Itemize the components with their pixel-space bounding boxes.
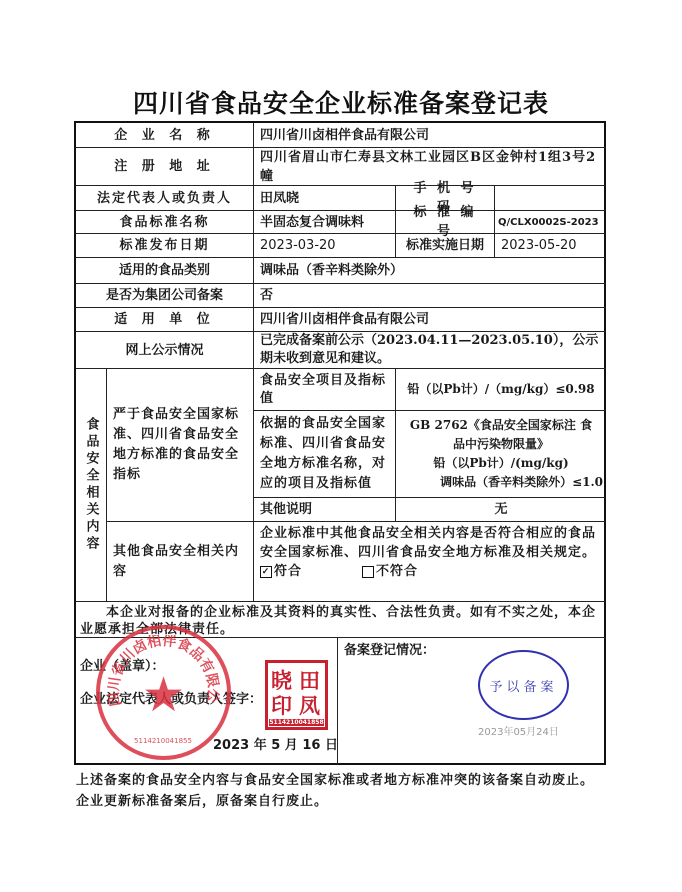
basis-value: GB 2762《食品安全国家标注 食 品中污染物限量》 铅（以Pb计）/(mg/… — [396, 411, 606, 498]
option-compliant-label: 符合 — [274, 564, 302, 579]
seal-number: 5114210041858 — [269, 719, 324, 726]
basis-value-line: GB 2762《食品安全国家标注 食 — [410, 416, 592, 435]
legal-rep-label: 法定代表人或负责人 — [76, 186, 254, 211]
group-filing-value: 否 — [254, 284, 606, 308]
release-date-label: 标准发布日期 — [76, 234, 254, 258]
phone-value — [495, 186, 606, 211]
option-noncompliant[interactable]: 不符合 — [362, 562, 418, 581]
checkbox-checked-icon[interactable]: ✓ — [260, 566, 272, 578]
strict-indicator-label: 严于食品安全国家标准、四川省食品安全地方标准的食品安全指标 — [107, 369, 254, 522]
online-publicity-label: 网上公示情况 — [76, 332, 254, 369]
registration-area: 备案登记情况： — [338, 638, 606, 765]
safety-group-label: 食品安全相关内容 — [76, 369, 107, 602]
item-label: 食品安全项目及指标值 — [254, 369, 396, 411]
basis-value-line: 调味品（香辛料类除外）≤1.0 — [440, 473, 603, 492]
implementation-date-label: 标准实施日期 — [396, 234, 495, 258]
legal-rep-value: 田凤晓 — [254, 186, 396, 211]
other-content-value: 企业标准中其他食品安全相关内容是否符合相应的食品安全国家标准、四川省食品安全地方… — [254, 522, 606, 602]
basis-label: 依据的食品安全国家标准、四川省食品安全地方标准名称，对应的项目及指标值 — [254, 411, 396, 498]
online-publicity-value: 已完成备案前公示（2023.04.11—2023.05.10），公示期未收到意见… — [254, 332, 606, 369]
standard-code-label: 标 准 编 号 — [396, 211, 495, 234]
release-date-value: 2023-03-20 — [254, 234, 396, 258]
other-content-text: 企业标准中其他食品安全相关内容是否符合相应的食品安全国家标准、四川省食品安全地方… — [260, 524, 600, 562]
page-title: 四川省食品安全企业标准备案登记表 — [0, 84, 682, 120]
option-compliant[interactable]: ✓符合 — [260, 562, 302, 581]
option-noncompliant-label: 不符合 — [376, 564, 418, 579]
food-category-value: 调味品（香辛料类除外） — [254, 258, 606, 284]
company-name-label: 企 业 名 称 — [76, 123, 254, 148]
other-content-label: 其他食品安全相关内容 — [107, 522, 254, 602]
standard-code-value: Q/CLX0002S-2023 — [495, 211, 606, 234]
approval-date: 2023年05月24日 — [478, 723, 578, 738]
star-icon: ★ — [142, 667, 185, 723]
standard-name-value: 半固态复合调味料 — [254, 211, 396, 234]
address-label: 注 册 地 址 — [76, 148, 254, 186]
basis-value-line: 铅（以Pb计）/(mg/kg) — [433, 454, 568, 473]
approval-stamp: 予以备案 — [478, 650, 569, 720]
applicable-unit-label: 适 用 单 位 — [76, 308, 254, 332]
registration-label: 备案登记情况： — [344, 641, 435, 660]
food-category-label: 适用的食品类别 — [76, 258, 254, 284]
company-name-value: 四川省川卤相伴食品有限公司 — [254, 123, 606, 148]
footer-line-1: 上述备案的食品安全内容与食品安全国家标准或者地方标准冲突的该备案自动废止。 — [76, 769, 594, 788]
signature-date: 2023 年 5 月 16 日 — [213, 736, 338, 756]
basis-value-line: 品中污染物限量》 — [453, 435, 549, 454]
applicable-unit-value: 四川省川卤相伴食品有限公司 — [254, 308, 606, 332]
seal-char: 印 — [271, 690, 292, 720]
checkbox-empty-icon[interactable] — [362, 566, 374, 578]
seal-char: 凤 — [299, 690, 320, 720]
group-filing-label: 是否为集团公司备案 — [76, 284, 254, 308]
compliance-options: ✓符合 不符合 — [260, 562, 418, 581]
item-value: 铅（以Pb计）/（mg/kg）≤0.98 — [396, 369, 606, 411]
standard-name-label: 食品标准名称 — [76, 211, 254, 234]
company-seal-stamp: 四川省川卤相伴食品有限公司 5114210041855 ★ — [96, 625, 231, 760]
footer-line-2: 企业更新标准备案后，原备案自行废止。 — [76, 790, 328, 809]
svg-text:5114210041855: 5114210041855 — [134, 737, 192, 745]
implementation-date-value: 2023-05-20 — [495, 234, 606, 258]
personal-seal-stamp: 晓 田 印 凤 5114210041858 — [265, 660, 328, 730]
other-note-label: 其他说明 — [254, 498, 396, 522]
other-note-value: 无 — [396, 498, 606, 522]
